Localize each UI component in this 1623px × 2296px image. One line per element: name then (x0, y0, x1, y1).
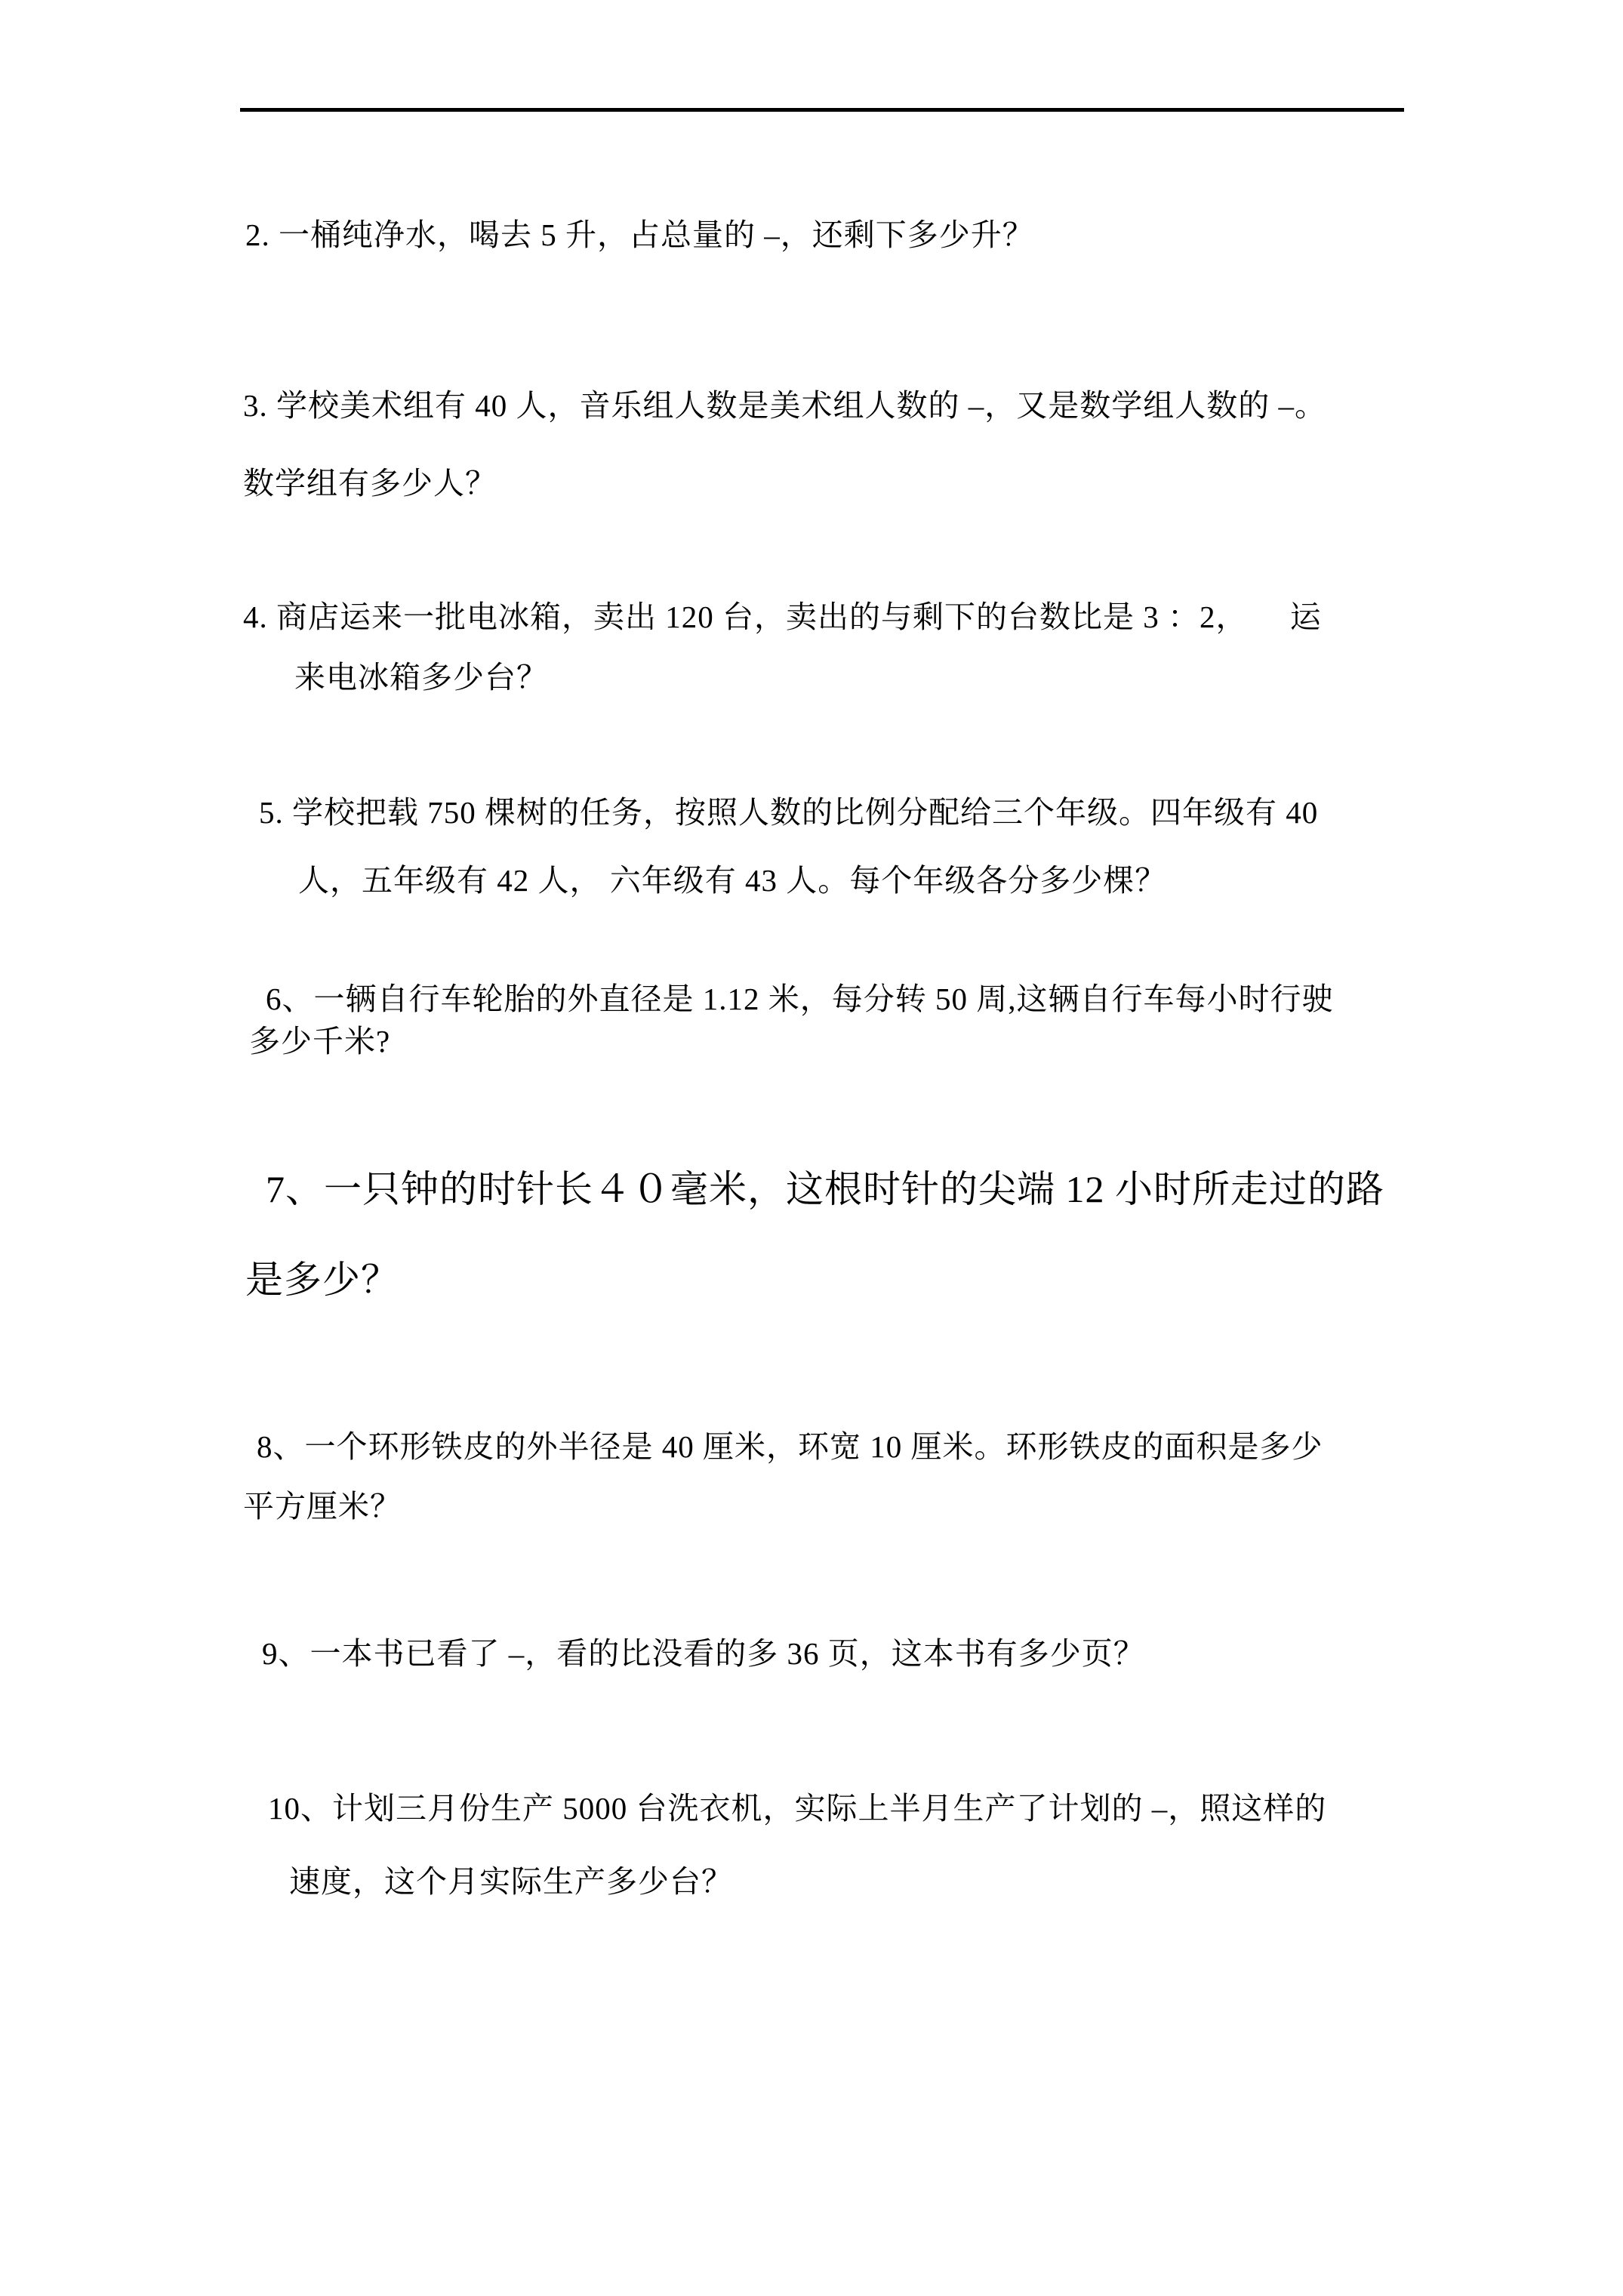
question-6-line-2: 多少千米? (249, 1022, 390, 1061)
question-8-line-2: 平方厘米？ (243, 1487, 402, 1526)
question-10-line-1: 10、计划三月份生产 5000 台洗衣机，实际上半月生产了计划的 –，照这样的 (268, 1789, 1326, 1828)
question-3-line-1: 3. 学校美术组有 40 人，音乐组人数是美术组人数的 –，又是数学组人数的 –… (243, 387, 1326, 425)
question-10-line-2: 速度，这个月实际生产多少台？ (289, 1863, 733, 1901)
question-7-line-1: 7、一只钟的时针长４０毫米，这根时针的尖端 12 小时所走过的路 (266, 1166, 1384, 1213)
question-6-line-1: 6、一辆自行车轮胎的外直径是 1.12 米，每分转 50 周,这辆自行车每小时行… (266, 980, 1334, 1019)
question-4-line-2: 来电冰箱多少台？ (294, 658, 548, 697)
question-9-line-1: 9、一本书已看了 –，看的比没看的多 36 页，这本书有多少页？ (262, 1635, 1145, 1673)
question-4-line-1: 4. 商店运来一批电冰箱，卖出 120 台，卖出的与剩下的台数比是 3 ：2， … (243, 598, 1322, 636)
question-5-line-1: 5. 学校把载 750 棵树的任务，按照人数的比例分配给三个年级。四年级有 40 (259, 794, 1318, 832)
question-5-line-2: 人，五年级有 42 人， 六年级有 43 人。每个年级各分多少棵？ (298, 861, 1166, 900)
header-rule (240, 108, 1404, 112)
question-3-line-2: 数学组有多少人？ (243, 464, 497, 503)
question-7-line-2: 是多少？ (245, 1256, 399, 1304)
question-2-line-1: 2. 一桶纯净水，喝去 5 升，占总量的 –，还剩下多少升？ (245, 216, 1034, 254)
question-8-line-1: 8、一个环形铁皮的外半径是 40 厘米，环宽 10 厘米。环形铁皮的面积是多少 (257, 1428, 1323, 1466)
worksheet-page: 2. 一桶纯净水，喝去 5 升，占总量的 –，还剩下多少升？ 3. 学校美术组有… (0, 0, 1623, 2296)
